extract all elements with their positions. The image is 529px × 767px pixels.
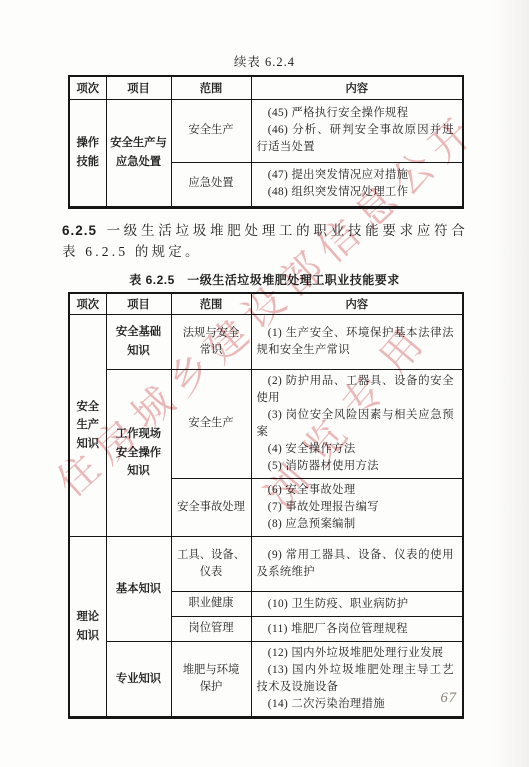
content-item-47: (47) 提出突发情况应对措施 [257, 167, 455, 184]
header-project: 项目 [106, 293, 171, 315]
cell-content: (10) 卫生防疫、职业病防护 [251, 592, 463, 617]
cell-item-safety-production-knowledge: 安全 生产 知识 [69, 315, 106, 537]
skills-table-6-2-5: 项次 项目 范围 内容 安全 生产 知识 安全基础 知识 法规与安全 常识 (1… [68, 292, 464, 720]
clause-6-2-5: 6.2.5一级生活垃圾堆肥处理工的职业技能要求应符合表 6.2.5 的规定。 [62, 220, 468, 262]
header-content: 内容 [251, 76, 463, 99]
content-item-1: (1) 生产安全、环境保护基本法律法规和安全生产常识 [257, 325, 455, 359]
clause-number: 6.2.5 [62, 223, 97, 238]
content-item-6: (6) 安全事故处理 [257, 482, 455, 499]
header-project: 项目 [106, 76, 171, 99]
cell-project-safety-basics: 安全基础 知识 [106, 315, 171, 370]
cell-content: (47) 提出突发情况应对措施 (48) 组织突发情况处理工作 [251, 162, 463, 207]
content-item-46: (46) 分析、研判安全事故原因并进行适当处置 [257, 122, 455, 156]
cell-content: (12) 国内外垃圾堆肥处理行业发展 (13) 国内外垃圾堆肥处理主导工艺技术及… [251, 642, 463, 718]
content-item-4: (4) 安全操作方法 [257, 441, 455, 458]
cell-content: (9) 常用工器具、设备、仪表的使用及系统维护 [251, 537, 463, 592]
table-row: 专业知识 堆肥与环境 保护 (12) 国内外垃圾堆肥处理行业发展 (13) 国内… [69, 642, 463, 718]
content-item-12: (12) 国内外垃圾堆肥处理行业发展 [257, 645, 455, 662]
header-item-no: 项次 [69, 293, 106, 315]
cell-project-professional-knowledge: 专业知识 [106, 642, 171, 718]
table-row: 安全 生产 知识 安全基础 知识 法规与安全 常识 (1) 生产安全、环境保护基… [69, 315, 463, 370]
table-header-row: 项次 项目 范围 内容 [69, 293, 463, 315]
cell-content: (11) 堆肥厂各岗位管理规程 [251, 617, 463, 642]
cell-scope-regulations: 法规与安全 常识 [171, 315, 251, 370]
content-item-9: (9) 常用工器具、设备、仪表的使用及系统维护 [257, 547, 455, 581]
table-row: 理论 知识 基本知识 工具、设备、 仪表 (9) 常用工器具、设备、仪表的使用及… [69, 537, 463, 592]
cell-project-worksite-safety: 工作现场 安全操作 知识 [106, 370, 171, 537]
cell-item-operating-skills: 操作 技能 [69, 99, 106, 207]
cell-project-basic-knowledge: 基本知识 [106, 537, 171, 642]
cell-scope-tools-equipment: 工具、设备、 仪表 [171, 537, 251, 592]
content-item-2: (2) 防护用品、工器具、设备的安全使用 [257, 373, 455, 407]
cell-content: (1) 生产安全、环境保护基本法律法规和安全生产常识 [251, 315, 463, 370]
cell-scope-emergency-handling: 应急处置 [171, 162, 251, 207]
header-scope: 范围 [171, 293, 251, 315]
table-row: 工作现场 安全操作 知识 安全生产 (2) 防护用品、工器具、设备的安全使用 (… [69, 370, 463, 479]
page-number: 67 [441, 690, 458, 707]
cell-scope-occupational-health: 职业健康 [171, 592, 251, 617]
cell-scope-post-management: 岗位管理 [171, 617, 251, 642]
content-item-3: (3) 岗位安全风险因素与相关应急预案 [257, 407, 455, 441]
continued-table-title: 续表 6.2.4 [0, 0, 529, 70]
header-item-no: 项次 [69, 76, 106, 99]
cell-scope-safe-production: 安全生产 [171, 99, 251, 162]
content-item-14: (14) 二次污染治理措施 [257, 696, 455, 713]
header-content: 内容 [251, 293, 463, 315]
cell-content: (6) 安全事故处理 (7) 事故处理报告编写 (8) 应急预案编制 [251, 479, 463, 537]
content-item-5: (5) 消防器材使用方法 [257, 458, 455, 475]
table-6-2-5-title: 表 6.2.5 一级生活垃圾堆肥处理工职业技能要求 [0, 262, 529, 288]
skills-table-6-2-4: 项次 项目 范围 内容 操作 技能 安全生产与 应急处置 安全生产 (45) 严… [68, 75, 464, 209]
content-item-45: (45) 严格执行安全操作规程 [257, 105, 455, 122]
cell-project-safety-emergency: 安全生产与 应急处置 [106, 99, 171, 207]
content-item-11: (11) 堆肥厂各岗位管理规程 [257, 621, 455, 638]
table-row: 操作 技能 安全生产与 应急处置 安全生产 (45) 严格执行安全操作规程 (4… [69, 99, 463, 162]
table-header-row: 项次 项目 范围 内容 [69, 76, 463, 99]
content-item-13: (13) 国内外垃圾堆肥处理主导工艺技术及设施设备 [257, 662, 455, 696]
content-item-7: (7) 事故处理报告编写 [257, 499, 455, 516]
cell-scope-accident-handling: 安全事故处理 [171, 479, 251, 537]
content-item-48: (48) 组织突发情况处理工作 [257, 184, 455, 201]
cell-content: (45) 严格执行安全操作规程 (46) 分析、研判安全事故原因并进行适当处置 [251, 99, 463, 162]
clause-text: 一级生活垃圾堆肥处理工的职业技能要求应符合表 6.2.5 的规定。 [62, 223, 468, 259]
header-scope: 范围 [171, 76, 251, 99]
content-item-10: (10) 卫生防疫、职业病防护 [257, 596, 455, 613]
cell-scope-safe-production: 安全生产 [171, 370, 251, 479]
document-page: 续表 6.2.4 项次 项目 范围 内容 操作 技能 安全生产与 应急处置 安全… [0, 0, 529, 767]
content-item-8: (8) 应急预案编制 [257, 516, 455, 533]
cell-content: (2) 防护用品、工器具、设备的安全使用 (3) 岗位安全风险因素与相关应急预案… [251, 370, 463, 479]
cell-scope-composting-environment: 堆肥与环境 保护 [171, 642, 251, 718]
cell-item-theory-knowledge: 理论 知识 [69, 537, 106, 718]
